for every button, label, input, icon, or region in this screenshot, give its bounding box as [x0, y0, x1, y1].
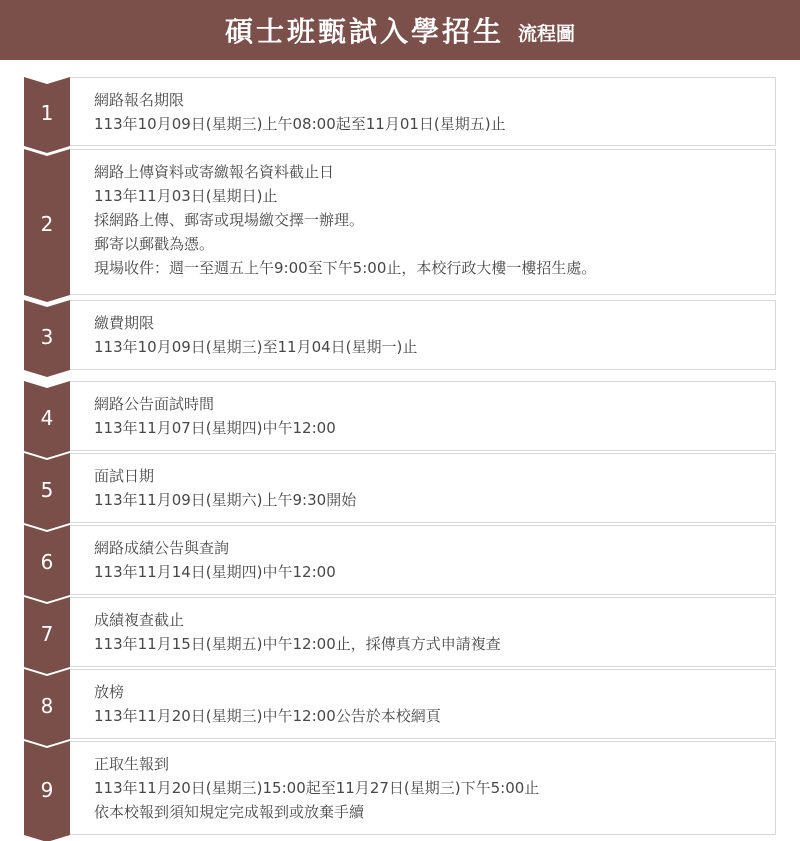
step-detail: 113年11月14日(星期四)中午12:00 [94, 560, 775, 584]
step-card: 網路成績公告與查詢 113年11月14日(星期四)中午12:00 [70, 525, 776, 595]
step-detail: 113年11月20日(星期三)中午12:00公告於本校網頁 [94, 704, 775, 728]
step-number-badge: 4 [24, 381, 70, 458]
step-title: 成績複查截止 [94, 608, 775, 632]
step-card: 網路公告面試時間 113年11月07日(星期四)中午12:00 [70, 381, 776, 451]
step-9: 9 正取生報到 113年11月20日(星期三)15:00起至11月27日(星期三… [24, 741, 776, 835]
step-number-badge: 2 [24, 149, 70, 302]
step-title: 網路報名期限 [94, 88, 775, 112]
step-title: 繳費期限 [94, 311, 775, 335]
step-number-badge: 6 [24, 525, 70, 602]
step-detail: 依本校報到須知規定完成報到或放棄手續 [94, 800, 775, 824]
step-title: 網路上傳資料或寄繳報名資料截止日 [94, 160, 775, 184]
step-title: 面試日期 [94, 464, 775, 488]
page-title: 碩士班甄試入學招生 [225, 10, 504, 50]
step-title: 網路成績公告與查詢 [94, 536, 775, 560]
step-card: 成績複查截止 113年11月15日(星期五)中午12:00止，採傳真方式申請複查 [70, 597, 776, 667]
step-number-badge: 9 [24, 741, 70, 841]
step-detail: 113年11月07日(星期四)中午12:00 [94, 416, 775, 440]
step-number-badge: 5 [24, 453, 70, 530]
step-detail: 採網路上傳、郵寄或現場繳交擇一辦理。 [94, 208, 775, 232]
step-4: 4 網路公告面試時間 113年11月07日(星期四)中午12:00 [24, 381, 776, 451]
step-card: 網路上傳資料或寄繳報名資料截止日 113年11月03日(星期日)止 採網路上傳、… [70, 149, 776, 295]
step-detail: 113年11月03日(星期日)止 [94, 184, 775, 208]
step-card: 網路報名期限 113年10月09日(星期三)上午08:00起至11月01日(星期… [70, 77, 776, 146]
step-title: 正取生報到 [94, 752, 775, 776]
step-detail: 113年11月09日(星期六)上午9:30開始 [94, 488, 775, 512]
step-detail: 113年10月09日(星期三)至11月04日(星期一)止 [94, 335, 775, 359]
step-number-badge: 1 [24, 77, 70, 153]
step-number-badge: 8 [24, 669, 70, 746]
step-number-badge: 7 [24, 597, 70, 674]
step-5: 5 面試日期 113年11月09日(星期六)上午9:30開始 [24, 453, 776, 523]
step-1: 1 網路報名期限 113年10月09日(星期三)上午08:00起至11月01日(… [24, 77, 776, 146]
step-detail: 113年11月20日(星期三)15:00起至11月27日(星期三)下午5:00止 [94, 776, 775, 800]
step-2: 2 網路上傳資料或寄繳報名資料截止日 113年11月03日(星期日)止 採網路上… [24, 149, 776, 295]
step-number-badge: 3 [24, 300, 70, 377]
step-3: 3 繳費期限 113年10月09日(星期三)至11月04日(星期一)止 [24, 300, 776, 370]
step-6: 6 網路成績公告與查詢 113年11月14日(星期四)中午12:00 [24, 525, 776, 595]
step-detail: 現場收件：週一至週五上午9:00至下午5:00止，本校行政大樓一樓招生處。 [94, 256, 775, 280]
step-card: 正取生報到 113年11月20日(星期三)15:00起至11月27日(星期三)下… [70, 741, 776, 835]
page-header: 碩士班甄試入學招生 流程圖 [0, 0, 800, 60]
step-detail: 113年11月15日(星期五)中午12:00止，採傳真方式申請複查 [94, 632, 775, 656]
step-card: 放榜 113年11月20日(星期三)中午12:00公告於本校網頁 [70, 669, 776, 739]
step-title: 網路公告面試時間 [94, 392, 775, 416]
step-8: 8 放榜 113年11月20日(星期三)中午12:00公告於本校網頁 [24, 669, 776, 739]
step-detail: 113年10月09日(星期三)上午08:00起至11月01日(星期五)止 [94, 112, 775, 136]
step-7: 7 成績複查截止 113年11月15日(星期五)中午12:00止，採傳真方式申請… [24, 597, 776, 667]
step-detail: 郵寄以郵戳為憑。 [94, 232, 775, 256]
page-subtitle: 流程圖 [518, 19, 575, 46]
step-title: 放榜 [94, 680, 775, 704]
step-card: 面試日期 113年11月09日(星期六)上午9:30開始 [70, 453, 776, 523]
step-card: 繳費期限 113年10月09日(星期三)至11月04日(星期一)止 [70, 300, 776, 370]
